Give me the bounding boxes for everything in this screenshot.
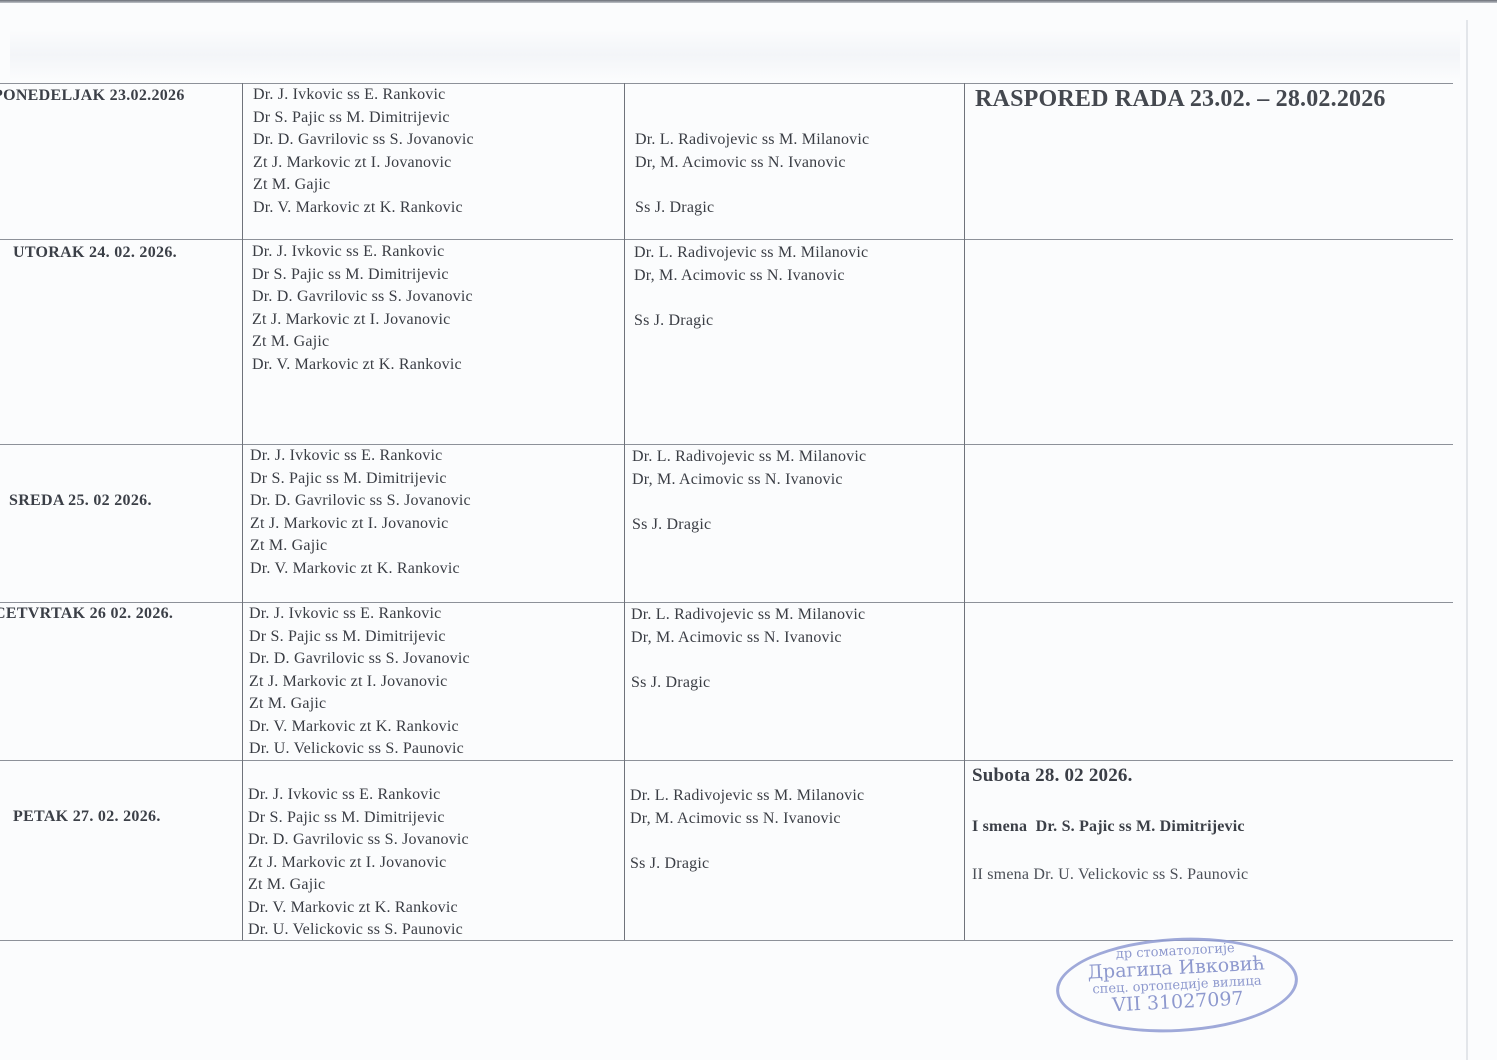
staff-line: Dr, M. Acimovic ss N. Ivanovic <box>632 469 866 492</box>
team-a-list: Dr. J. Ivkovic ss E. RankovicDr S. Pajic… <box>248 784 469 942</box>
staff-line: Dr, M. Acimovic ss N. Ivanovic <box>634 265 868 288</box>
day-label: PONEDELJAK 23.02.2026 <box>0 85 238 108</box>
team-a-list: Dr. J. Ivkovic ss E. RankovicDr S. Pajic… <box>249 603 470 761</box>
saturday-title: Subota 28. 02 2026. <box>972 765 1133 788</box>
staff-line: Dr. V. Markovic zt K. Rankovic <box>253 197 474 220</box>
team-b-list: Dr. L. Radivojevic ss M. MilanovicDr, M.… <box>630 785 864 875</box>
staff-line: Dr. V. Markovic zt K. Rankovic <box>252 354 473 377</box>
staff-line: Dr. L. Radivojevic ss M. Milanovic <box>635 129 869 152</box>
saturday-shift-1: I smena Dr. S. Pajic ss M. Dimitrijevic <box>972 816 1245 839</box>
staff-line: Dr. L. Radivojevic ss M. Milanovic <box>630 785 864 808</box>
team-b-list: Dr. L. Radivojevic ss M. MilanovicDr, M.… <box>634 242 868 332</box>
staff-line: Ss J. Dragic <box>630 853 864 876</box>
scan-artifact-band <box>10 30 1460 80</box>
official-stamp: др стоматологије Драгица Ивковић спец. о… <box>1054 932 1301 1039</box>
scan-right-edge <box>1466 20 1468 1060</box>
staff-line: Dr. D. Gavrilovic ss S. Jovanovic <box>253 129 474 152</box>
staff-line: Zt J. Markovic zt I. Jovanovic <box>253 152 474 175</box>
staff-line: Zt J. Markovic zt I. Jovanovic <box>249 671 470 694</box>
staff-line: Dr. J. Ivkovic ss E. Rankovic <box>252 241 473 264</box>
saturday-shift-2: II smena Dr. U. Velickovic ss S. Paunovi… <box>972 864 1248 887</box>
staff-line <box>632 491 866 514</box>
staff-line: Dr. D. Gavrilovic ss S. Jovanovic <box>250 490 471 513</box>
staff-line: Zt M. Gajic <box>250 535 471 558</box>
team-a-list: Dr. J. Ivkovic ss E. RankovicDr S. Pajic… <box>250 445 471 580</box>
staff-line: Dr. V. Markovic zt K. Rankovic <box>250 558 471 581</box>
day-label: UTORAK 24. 02. 2026. <box>13 242 177 265</box>
staff-line: Dr. D. Gavrilovic ss S. Jovanovic <box>252 286 473 309</box>
staff-line: Ss J. Dragic <box>631 672 865 695</box>
staff-line: Zt J. Markovic zt I. Jovanovic <box>252 309 473 332</box>
staff-line: Zt J. Markovic zt I. Jovanovic <box>250 513 471 536</box>
team-a-list: Dr. J. Ivkovic ss E. RankovicDr S. Pajic… <box>253 84 474 219</box>
staff-line <box>635 174 869 197</box>
row-divider <box>0 760 1453 761</box>
staff-line: Dr. J. Ivkovic ss E. Rankovic <box>249 603 470 626</box>
day-label-text: PONEDELJAK 23.02.2026 <box>0 87 185 104</box>
row-divider <box>0 239 1453 240</box>
staff-line: Dr. L. Radivojevic ss M. Milanovic <box>631 604 865 627</box>
day-label: CETVRTAK 26 02. 2026. <box>0 603 238 626</box>
staff-line: Dr, M. Acimovic ss N. Ivanovic <box>631 627 865 650</box>
staff-line: Dr. U. Velickovic ss S. Paunovic <box>248 919 469 942</box>
column-divider <box>242 83 243 940</box>
row-divider <box>0 444 1453 445</box>
staff-line: Dr S. Pajic ss M. Dimitrijevic <box>250 468 471 491</box>
staff-line: Dr. D. Gavrilovic ss S. Jovanovic <box>248 829 469 852</box>
staff-line: Zt J. Markovic zt I. Jovanovic <box>248 852 469 875</box>
staff-line: Dr. U. Velickovic ss S. Paunovic <box>249 738 470 761</box>
team-b-list: Dr. L. Radivojevic ss M. MilanovicDr, M.… <box>635 129 869 219</box>
column-divider <box>964 83 965 940</box>
staff-line: Dr. J. Ivkovic ss E. Rankovic <box>250 445 471 468</box>
staff-line: Ss J. Dragic <box>634 310 868 333</box>
staff-line: Dr. V. Markovic zt K. Rankovic <box>248 897 469 920</box>
staff-line: Dr S. Pajic ss M. Dimitrijevic <box>252 264 473 287</box>
staff-line: Zt M. Gajic <box>253 174 474 197</box>
staff-line: Dr. V. Markovic zt K. Rankovic <box>249 716 470 739</box>
staff-line: Zt M. Gajic <box>248 874 469 897</box>
staff-line: Dr, M. Acimovic ss N. Ivanovic <box>630 808 864 831</box>
staff-line <box>634 287 868 310</box>
staff-line: Zt M. Gajic <box>252 331 473 354</box>
staff-line: Dr. L. Radivojevic ss M. Milanovic <box>632 446 866 469</box>
staff-line <box>631 649 865 672</box>
staff-line: Dr. L. Radivojevic ss M. Milanovic <box>634 242 868 265</box>
team-b-list: Dr. L. Radivojevic ss M. MilanovicDr, M.… <box>631 604 865 694</box>
staff-line: Dr. J. Ivkovic ss E. Rankovic <box>248 784 469 807</box>
staff-line: Dr S. Pajic ss M. Dimitrijevic <box>249 626 470 649</box>
staff-line: Ss J. Dragic <box>635 197 869 220</box>
staff-line: Dr S. Pajic ss M. Dimitrijevic <box>253 107 474 130</box>
staff-line: Dr, M. Acimovic ss N. Ivanovic <box>635 152 869 175</box>
team-b-list: Dr. L. Radivojevic ss M. MilanovicDr, M.… <box>632 446 866 536</box>
staff-line: Ss J. Dragic <box>632 514 866 537</box>
day-label-text: CETVRTAK 26 02. 2026. <box>0 605 173 622</box>
team-a-list: Dr. J. Ivkovic ss E. RankovicDr S. Pajic… <box>252 241 473 376</box>
column-divider <box>624 83 625 940</box>
day-label: PETAK 27. 02. 2026. <box>13 806 161 829</box>
scan-top-edge <box>0 0 1497 3</box>
page-title: RASPORED RADA 23.02. – 28.02.2026 <box>975 88 1453 111</box>
day-label: SREDA 25. 02 2026. <box>9 490 152 513</box>
staff-line: Dr. J. Ivkovic ss E. Rankovic <box>253 84 474 107</box>
staff-line: Dr S. Pajic ss M. Dimitrijevic <box>248 807 469 830</box>
staff-line: Zt M. Gajic <box>249 693 470 716</box>
row-divider <box>0 83 1453 84</box>
staff-line <box>630 830 864 853</box>
staff-line: Dr. D. Gavrilovic ss S. Jovanovic <box>249 648 470 671</box>
